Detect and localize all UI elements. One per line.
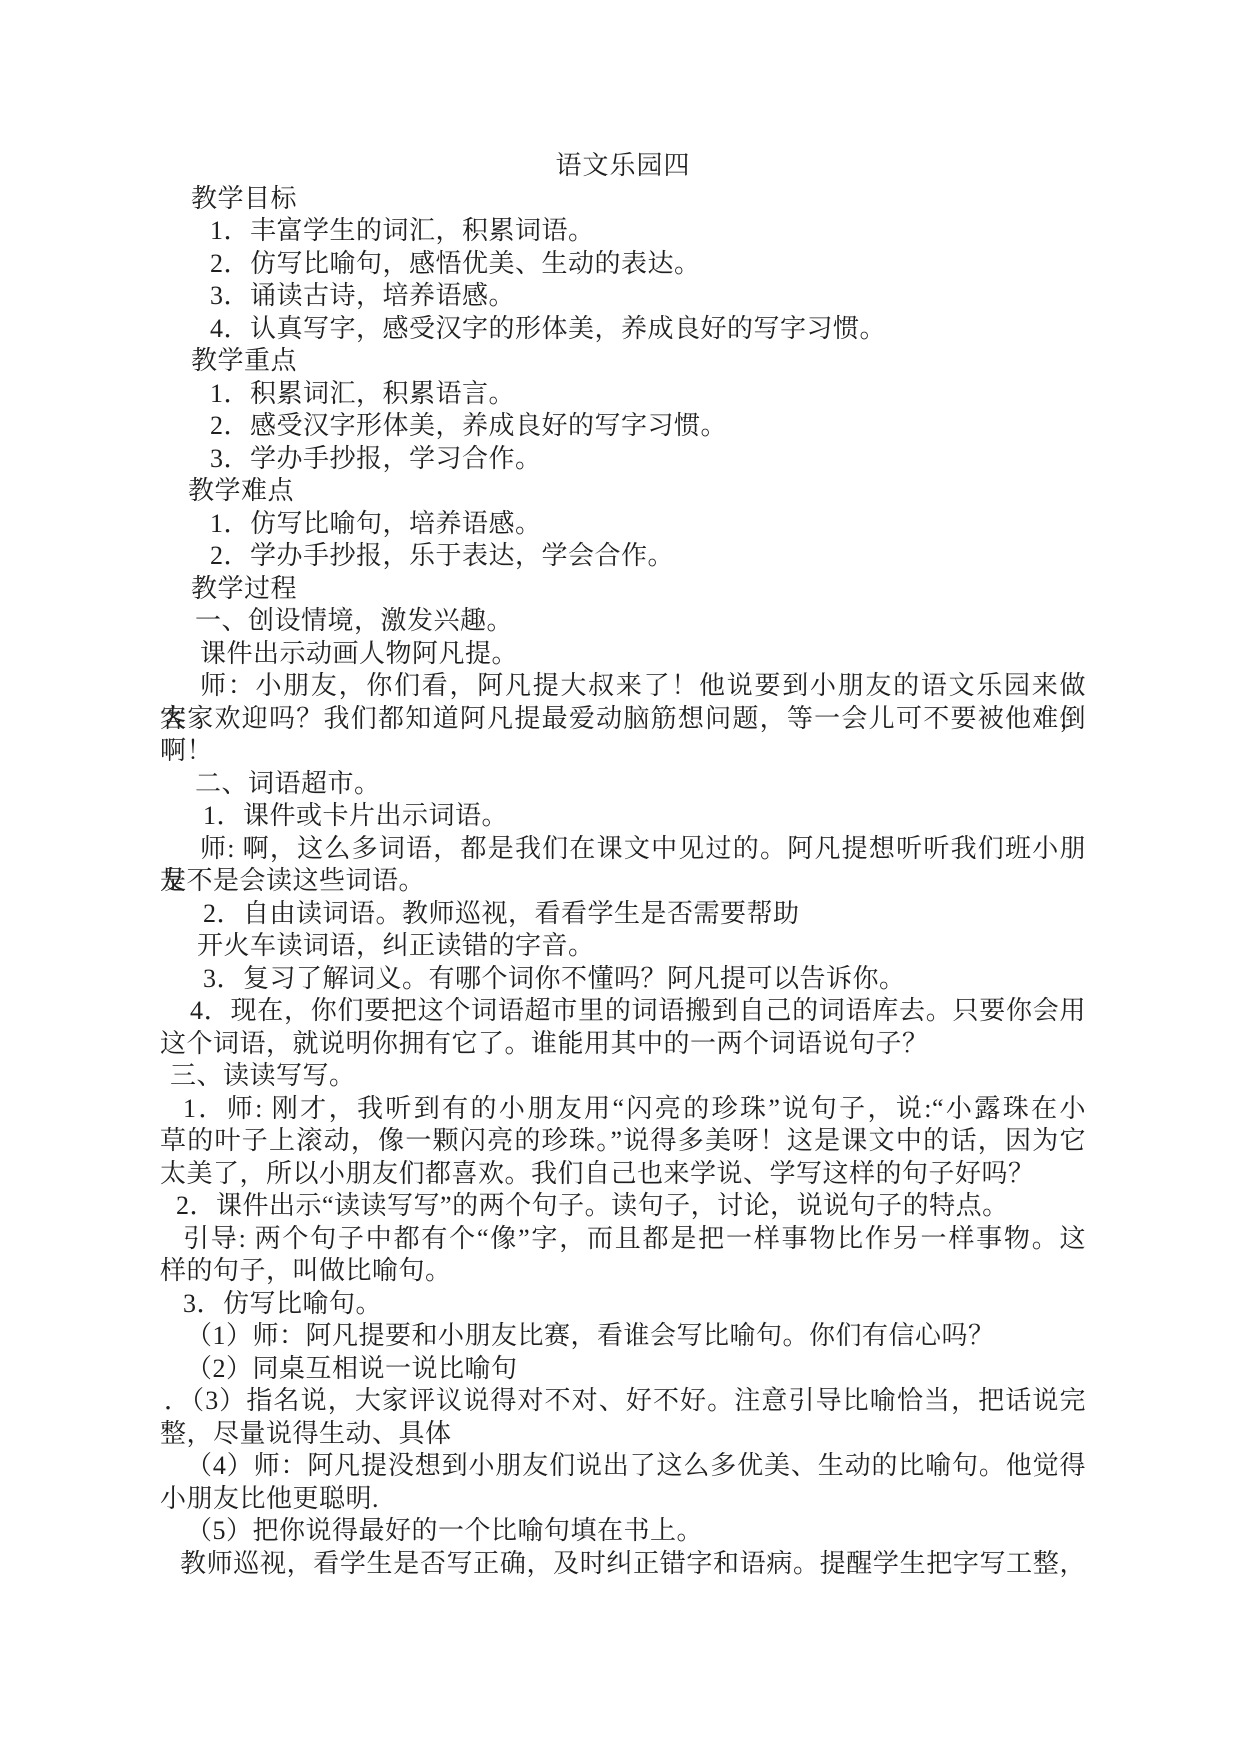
text-line: 样的句子，叫做比喻句。 [160,1255,1086,1288]
text-line: 大家欢迎吗？我们都知道阿凡提最爱动脑筋想问题，等一会儿可不要被他难倒 [160,703,1086,736]
text-line: 太美了，所以小朋友们都喜欢。我们自己也来学说、学写这样的句子好吗？ [160,1158,1086,1191]
text-line: 三、读读写写。 [160,1060,1086,1093]
text-line: 小朋友比他更聪明. [160,1483,1086,1516]
text-line: 3．仿写比喻句。 [160,1288,1086,1321]
text-line: ．（3）指名说，大家评议说得对不对、好不好。注意引导比喻恰当，把话说完 [160,1385,1086,1418]
text-line: 3．复习了解词义。有哪个词你不懂吗？阿凡提可以告诉你。 [160,963,1086,996]
text-line: 2．仿写比喻句，感悟优美、生动的表达。 [160,248,1086,281]
text-line: 教学难点 [160,475,1086,508]
text-line: 这个词语，就说明你拥有它了。谁能用其中的一两个词语说句子？ [160,1028,1086,1061]
text-line: 是不是会读这些词语。 [160,865,1086,898]
text-line: 1．仿写比喻句，培养语感。 [160,508,1086,541]
text-line: 4．认真写字，感受汉字的形体美，养成良好的写字习惯。 [160,313,1086,346]
text-line: 1．师: 刚才，我听到有的小朋友用“闪亮的珍珠”说句子，说:“小露珠在小 [160,1093,1086,1126]
text-line: 3．学办手抄报，学习合作。 [160,443,1086,476]
text-line: 教学目标 [160,183,1086,216]
document-content: 语文乐园四 教学目标1．丰富学生的词汇，积累词语。2．仿写比喻句，感悟优美、生动… [160,150,1086,1580]
text-line: 一、创设情境，激发兴趣。 [160,605,1086,638]
document-body: 教学目标1．丰富学生的词汇，积累词语。2．仿写比喻句，感悟优美、生动的表达。3．… [160,183,1086,1581]
text-line: 草的叶子上滚动，像一颗闪亮的珍珠。”说得多美呀！这是课文中的话，因为它 [160,1125,1086,1158]
document-page: 语文乐园四 教学目标1．丰富学生的词汇，积累词语。2．仿写比喻句，感悟优美、生动… [0,0,1241,1754]
text-line: 师: 啊，这么多词语，都是我们在课文中见过的。阿凡提想听听我们班小朋友 [160,833,1086,866]
text-line: 教学重点 [160,345,1086,378]
text-line: 1．课件或卡片出示词语。 [160,800,1086,833]
text-line: 2．感受汉字形体美，养成良好的写字习惯。 [160,410,1086,443]
text-line: 课件出示动画人物阿凡提。 [160,638,1086,671]
text-line: （5）把你说得最好的一个比喻句填在书上。 [160,1515,1086,1548]
text-line: 啊！ [160,735,1086,768]
document-title: 语文乐园四 [160,150,1086,183]
text-line: 师：小朋友，你们看，阿凡提大叔来了！他说要到小朋友的语文乐园来做客， [160,670,1086,703]
text-line: 1．丰富学生的词汇，积累词语。 [160,215,1086,248]
text-line: 引导: 两个句子中都有个“像”字，而且都是把一样事物比作另一样事物。这 [160,1223,1086,1256]
text-line: 4．现在，你们要把这个词语超市里的词语搬到自己的词语库去。只要你会用 [160,995,1086,1028]
text-line: （2）同桌互相说一说比喻句 [160,1353,1086,1386]
text-line: 二、词语超市。 [160,768,1086,801]
text-line: 开火车读词语，纠正读错的字音。 [160,930,1086,963]
text-line: 3．诵读古诗，培养语感。 [160,280,1086,313]
text-line: （1）师：阿凡提要和小朋友比赛，看谁会写比喻句。你们有信心吗？ [160,1320,1086,1353]
text-line: 教学过程 [160,573,1086,606]
text-line: 2．自由读词语。教师巡视，看看学生是否需要帮助 [160,898,1086,931]
text-line: 整，尽量说得生动、具体 [160,1418,1086,1451]
text-line: 1．积累词汇，积累语言。 [160,378,1086,411]
text-line: 2．学办手抄报，乐于表达，学会合作。 [160,540,1086,573]
text-line: 教师巡视，看学生是否写正确，及时纠正错字和语病。提醒学生把字写工整， [160,1548,1086,1581]
text-line: （4）师：阿凡提没想到小朋友们说出了这么多优美、生动的比喻句。他觉得 [160,1450,1086,1483]
text-line: 2．课件出示“读读写写”的两个句子。读句子，讨论，说说句子的特点。 [160,1190,1086,1223]
